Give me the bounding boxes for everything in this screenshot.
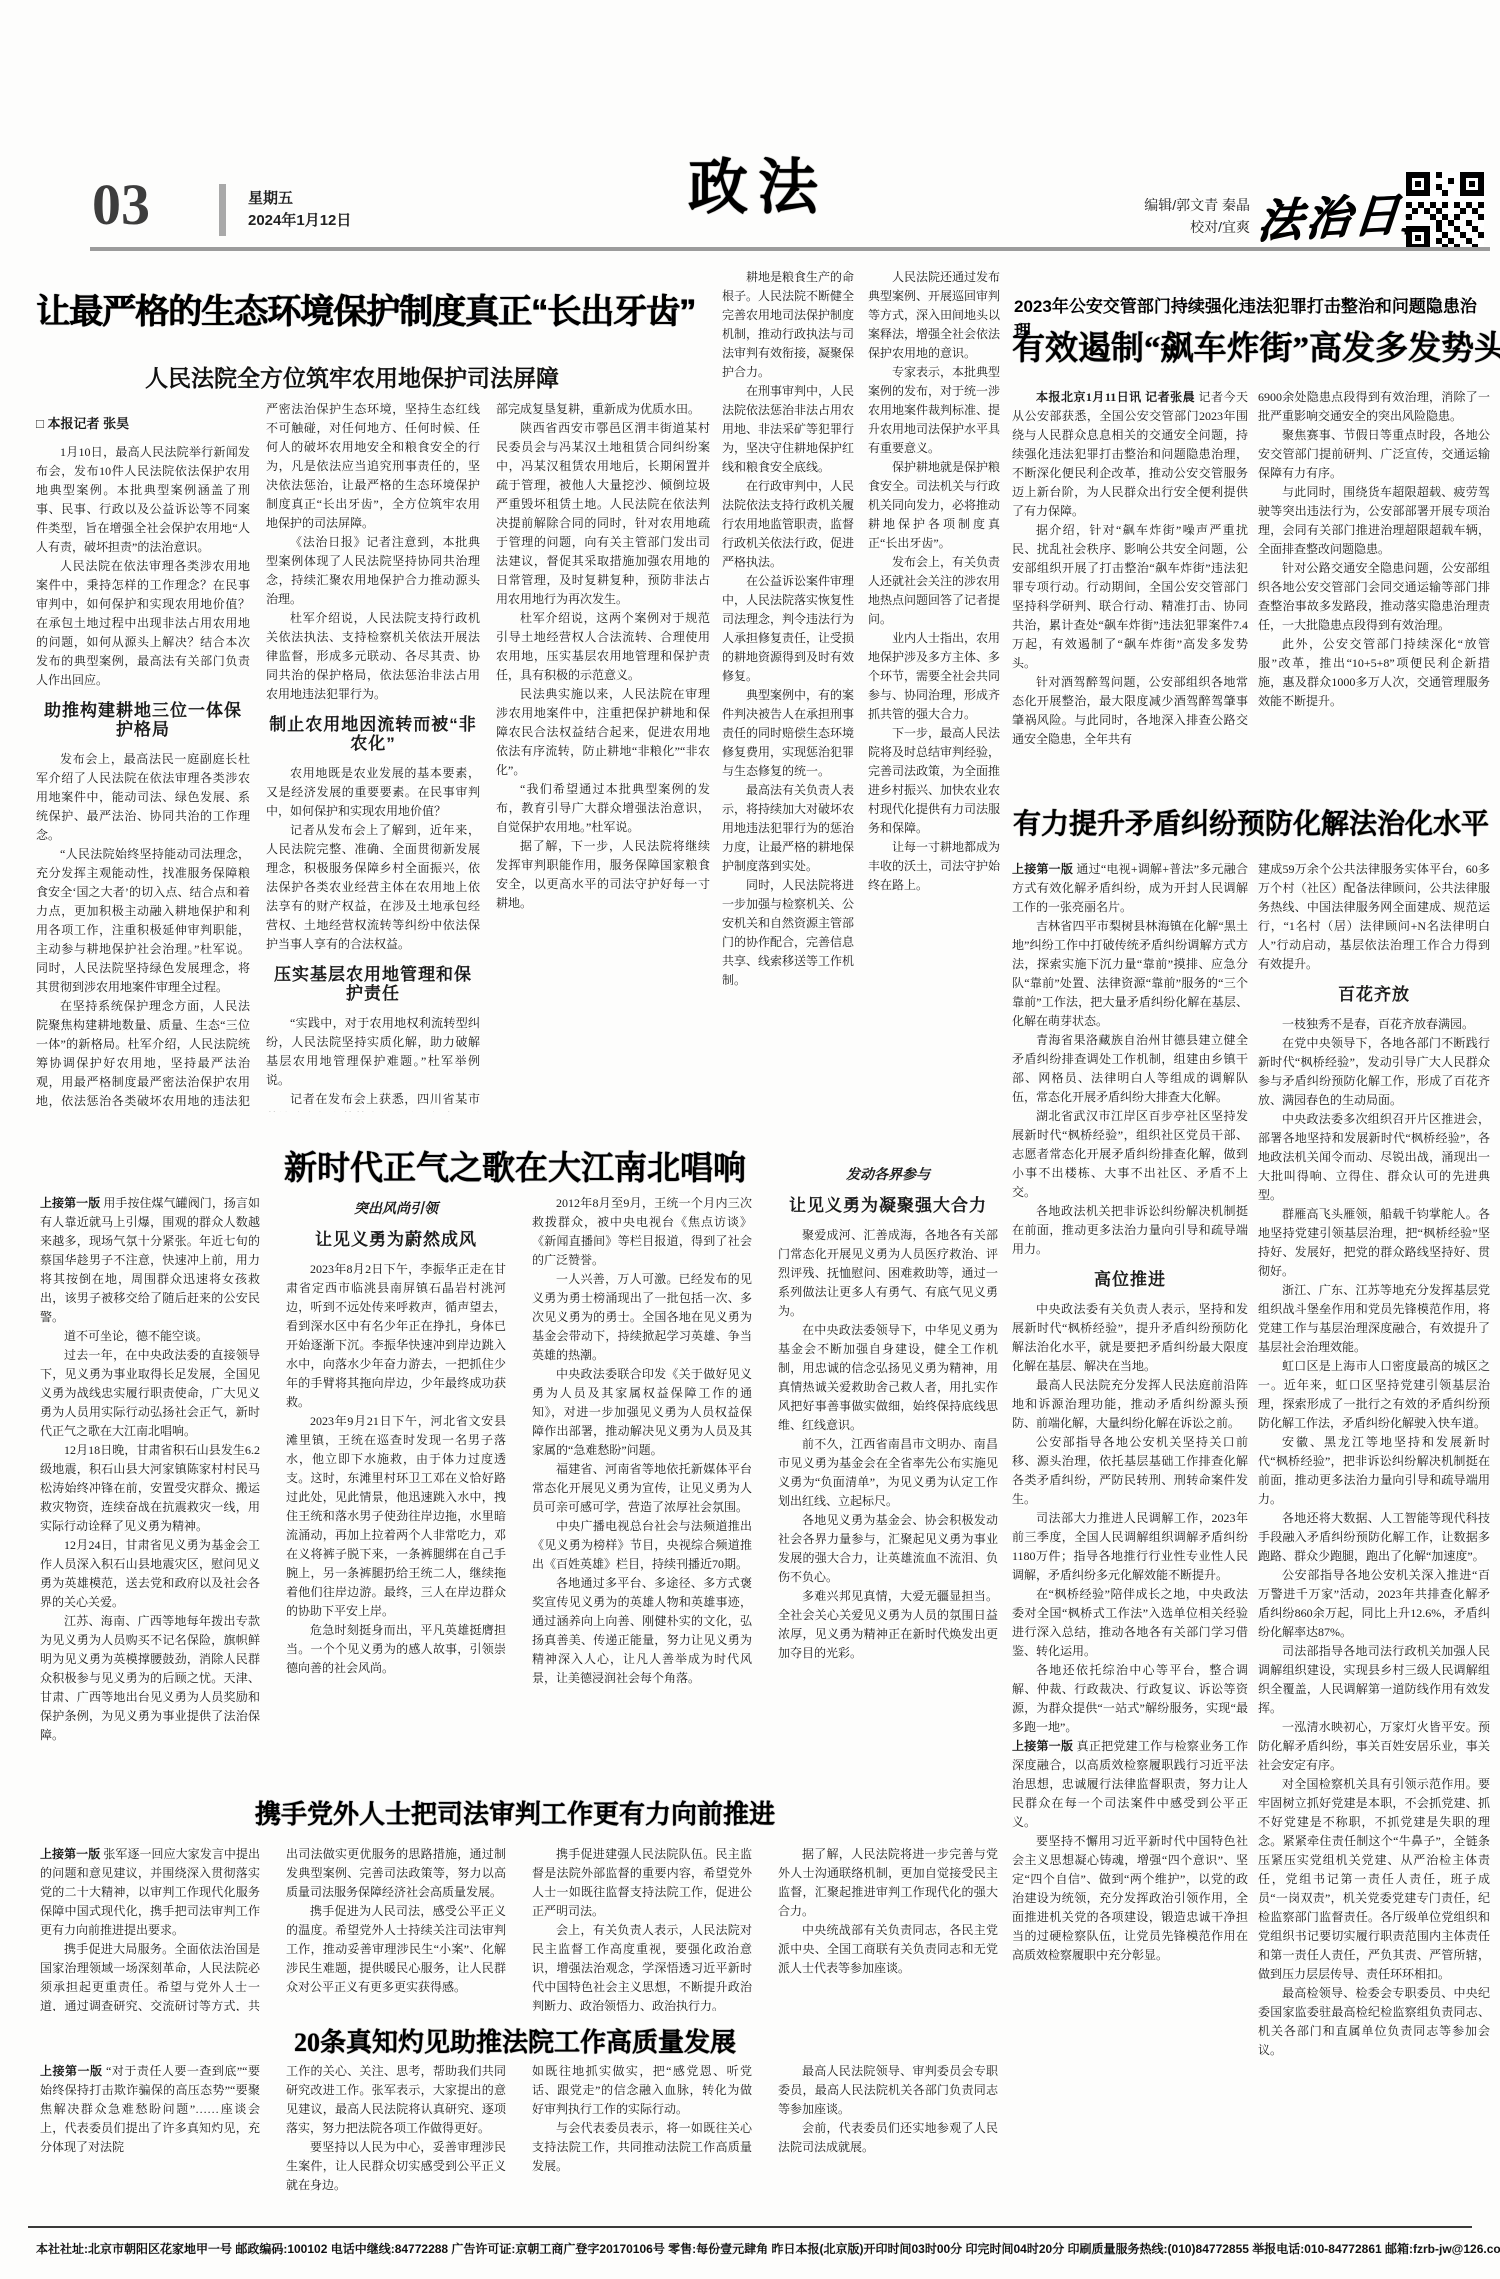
paragraph: 安徽、黑龙江等地坚持和发展新时代“枫桥经验”，把非诉讼纠纷解决机制挺在前面，推动… — [1258, 1433, 1490, 1509]
paragraph: 民法典实施以来，人民法院在审理涉农用地案件中，注重把保护耕地和保障农民合法权益结… — [496, 685, 710, 780]
heroism-column-3: 2012年8月至9月，王统一个月内三次救拨群众，被中央电视台《焦点访谈》《新闻直… — [532, 1194, 752, 1758]
column-subhead: 助推构建耕地三位一体保护格局 — [36, 701, 250, 739]
paragraph: 吉林省四平市梨树县林海镇在化解“黑土地”纠纷工作中打破传统矛盾纠纷调解方式方法，… — [1012, 917, 1248, 1031]
paragraph: 同时，人民法院将进一步加强与检察机关、公安机关和自然资源主管部门的协作配合，完善… — [722, 876, 854, 990]
paragraph: 各地见义勇为基金会、协会积极发动社会各界力量参与，汇聚起见义勇为事业发展的强大合… — [778, 1511, 998, 1587]
racing-column-2: 6900余处隐患点段得到有效治理，消除了一批严重影响交通安全的突出风险隐患。聚焦… — [1258, 388, 1490, 780]
suggestions-column-1: 上接第一版 “对于责任人要一查到底”“要始终保持打击欺诈骗保的高压态势”“要聚焦… — [40, 2062, 260, 2198]
paragraph: 携手促进为人民司法，感受公平正义的温度。希望党外人士持续关注司法审判工作，推动妥… — [286, 1902, 506, 1997]
editor-block: 编辑/郭文青 秦晶 校对/宜爽 — [1040, 194, 1250, 238]
paragraph: 据了解，下一步，人民法院将继续发挥审判职能作用，服务保障国家粮食安全，以更高水平… — [496, 837, 710, 913]
column-kicker-subhead: 发动各界参与 — [778, 1166, 998, 1185]
paragraph: 部完成复垦复耕，重新成为优质水田。 — [496, 400, 710, 419]
editor-line: 编辑/郭文青 秦晶 — [1040, 194, 1250, 216]
lead-label: 上接第一版 — [40, 1847, 100, 1861]
paragraph: “人民法院始终坚持能动司法理念，充分发挥主观能动性，找准服务保障粮食安全‘国之大… — [36, 845, 250, 997]
continued-paragraph: 上接第一版 张军逐一回应大家发言中提出的问题和意见建议，并围绕深入贯彻落实党的二… — [40, 1845, 260, 1940]
date-label: 2024年1月12日 — [248, 210, 351, 232]
united-front-column-3: 携手促进建强人民法院队伍。民主监督是法院外部监督的重要内容，希望党外人士一如既往… — [532, 1845, 752, 2011]
lead-label: 上接第一版 — [40, 1196, 100, 1210]
heroism-column-1: 上接第一版 用手按住煤气罐阀门，扬言如有人靠近就马上引爆，围观的群众人数越来越多… — [40, 1194, 260, 1758]
racing-column-1: 本报北京1月11日讯 记者张晨 记者今天从公安部获悉，全国公安交管部门2023年… — [1012, 388, 1248, 780]
paragraph: 针对公路交通安全隐患问题，公安部组织各地公安交管部门会同交通运输等部门排查整治事… — [1258, 559, 1490, 635]
paragraph: 中央统战部有关负责同志，各民主党派中央、全国工商联有关负责同志和无党派人士代表等… — [778, 1921, 998, 1978]
footer-rule — [28, 2226, 1472, 2228]
paragraph: 据了解，人民法院将进一步完善与党外人士沟通联络机制，更加自觉接受民主监督，汇聚起… — [778, 1845, 998, 1921]
paragraph: 在公益诉讼案件审理中，人民法院落实恢复性司法理念，判令违法行为人承担修复责任，让… — [722, 572, 854, 686]
paragraph: 2023年8月2日下午，李振华正走在甘肃省定西市临洮县南屏镇石晶岩村洮河边，听到… — [286, 1260, 506, 1412]
mediation-column-1: 上接第一版 通过“电视+调解+普法”多元融合方式有效化解矛盾纠纷，成为开封人民调… — [1012, 860, 1248, 2182]
lead-label: 上接第一版 — [1012, 862, 1073, 876]
paragraph: 人民法院在依法审理各类涉农用地案件中，秉持怎样的工作理念？在民事审判中，如何保护… — [36, 557, 250, 690]
paragraph: 本报北京1月11日讯 记者张晨 记者今天从公安部获悉，全国公安交管部门2023年… — [1012, 388, 1248, 521]
continued-paragraph: 上接第一版 “对于责任人要一查到底”“要始终保持打击欺诈骗保的高压态势”“要聚焦… — [40, 2062, 260, 2157]
paragraph: 各地还将大数据、人工智能等现代科技手段融入矛盾纠纷预防化解工作，让数据多跑路、群… — [1258, 1509, 1490, 1566]
paragraph: 在中央政法委领导下，中华见义勇为基金会不断加强自身建设，健全工作机制，用忠诚的信… — [778, 1321, 998, 1435]
paragraph: 与会代表委员表示，将一如既往关心支持法院工作，共同推动法院工作高质量发展。 — [532, 2119, 752, 2176]
paragraph: 过去一年，在中央政法委的直接领导下，见义勇为事业取得长足发展，全国见义勇为战线忠… — [40, 1346, 260, 1441]
paragraph: 会上，有关负责人表示，人民法院对民主监督工作高度重视，要强化政治意识，增强法治观… — [532, 1921, 752, 2011]
heroism-column-4: 发动各界参与让见义勇为凝聚强大合力聚爱成河、汇善成海，各地各有关部门常态化开展见… — [778, 1160, 998, 1758]
paragraph: 司法部大力推进人民调解工作，2023年前三季度，全国人民调解组织调解矛盾纠纷11… — [1012, 1509, 1248, 1585]
paragraph: 虹口区是上海市人口密度最高的城区之一。近年来，虹口区坚持党建引领基层治理，探索形… — [1258, 1357, 1490, 1433]
paragraph: 一泓清水映初心，万家灯火皆平安。预防化解矛盾纠纷，事关百姓安居乐业，事关社会安定… — [1258, 1718, 1490, 1775]
reporter-byline: □ 本报记者 张昊 — [36, 414, 250, 433]
farmland-column-3: 部完成复垦复耕，重新成为优质水田。陕西省西安市鄠邑区渭丰街道某村民委员会与冯某汉… — [496, 400, 710, 1112]
paragraph: 在坚持系统保护理念方面，人民法院聚焦构建耕地数量、质量、生态“三位一体”的新格局… — [36, 997, 250, 1112]
paragraph: 如既往地抓实做实，把“感党恩、听党话、跟党走”的信念融入血脉，转化为做好审判执行… — [532, 2062, 752, 2119]
paragraph: 2012年8月至9月，王统一个月内三次救拨群众，被中央电视台《焦点访谈》《新闻直… — [532, 1194, 752, 1270]
farmland-subtitle: 人民法院全方位筑牢农用地保护司法屏障 — [36, 360, 668, 393]
paragraph: 前不久，江西省南昌市文明办、南昌市见义勇为基金会在全省率先公布实施见义勇为“负面… — [778, 1435, 998, 1511]
mediation-headline: 有力提升矛盾纠纷预防化解法治化水平 — [1012, 802, 1490, 842]
paragraph: 12月24日，甘肃省见义勇为基金会工作人员深入积石山县地震灾区，慰问见义勇为英雄… — [40, 1536, 260, 1612]
paragraph: 最高人民法院充分发挥人民法庭前沿阵地和诉源治理功能，推动矛盾纠纷源头预防、前端化… — [1012, 1376, 1248, 1433]
paragraph: 在刑事审判中，人民法院依法惩治非法占用农用地、非法采矿等犯罪行为，坚决守住耕地保… — [722, 382, 854, 477]
column-subhead: 高位推进 — [1012, 1270, 1248, 1289]
paragraph: 各地通过多平台、多途径、多方式褒奖宣传见义勇为的英雄人物和英雄事迹，通过涵养向上… — [532, 1574, 752, 1688]
paragraph: “我们希望通过本批典型案例的发布，教育引导广大群众增强法治意识，自觉保护农用地。… — [496, 780, 710, 837]
paragraph: 耕地是粮食生产的命根子。人民法院不断健全完善农用地司法保护制度机制，推动行政执法… — [722, 268, 854, 382]
paragraph: 最高检领导、检委会专职委员、中央纪委国家监委驻最高检纪检监察组负责同志、机关各部… — [1258, 1984, 1490, 2060]
paragraph: 12月18日晚，甘肃省积石山县发生6.2级地震，积石山县大河家镇陈家村村民马松涛… — [40, 1441, 260, 1536]
suggestions-headline: 20条真知灼见助推法院工作高质量发展 — [30, 2022, 1000, 2059]
paragraph: 2023年9月21日下午，河北省文安县滩里镇，王统在巡查时发现一名男子落水，他立… — [286, 1412, 506, 1621]
header-rule — [90, 247, 1490, 251]
paragraph: 中央广播电视总台社会与法频道推出《见义勇为榜样》节目，央视综合频道推出《百姓英雄… — [532, 1517, 752, 1574]
paragraph: 出司法做实更优服务的思路措施，通过制发典型案例、完善司法政策等，努力以高质量司法… — [286, 1845, 506, 1902]
suggestions-column-4: 最高人民法院领导、审判委员会专职委员，最高人民法院机关各部门负责同志等参加座谈。… — [778, 2062, 998, 2198]
paragraph: 发布会上，最高法民一庭副庭长杜军介绍了人民法院在依法审理各类涉农用地案件中，能动… — [36, 750, 250, 845]
united-front-headline: 携手党外人士把司法审判工作更有力向前推进 — [30, 1794, 1000, 1831]
united-front-column-4: 据了解，人民法院将进一步完善与党外人士沟通联络机制，更加自觉接受民主监督，汇聚起… — [778, 1845, 998, 2011]
paragraph: 在“枫桥经验”陪伴成长之地，中央政法委对全国“枫桥式工作法”入选单位相关经验进行… — [1012, 1585, 1248, 1661]
paragraph: 据介绍，针对“飙车炸街”噪声严重扰民、扰乱社会秩序、影响公共安全问题，公安部组织… — [1012, 521, 1248, 673]
paragraph: 携手促进建强人民法院队伍。民主监督是法院外部监督的重要内容，希望党外人士一如既往… — [532, 1845, 752, 1921]
paragraph: 此外，公安交管部门持续深化“放管服”改革，推出“10+5+8”项便民利企新措施，… — [1258, 635, 1490, 711]
paragraph: 在党中央领导下，各地各部门不断践行新时代“枫桥经验”，发动引导广大人民群众参与矛… — [1258, 1034, 1490, 1110]
page-number: 03 — [92, 176, 150, 234]
paragraph: 江苏、海南、广西等地每年拨出专款为见义勇为人员购买不记名保险，旗帜鲜明为见义勇为… — [40, 1612, 260, 1745]
paragraph: 会前，代表委员们还实地参观了人民法院司法成就展。 — [778, 2119, 998, 2157]
paragraph: 要坚持不懈用习近平新时代中国特色社会主义思想凝心铸魂，增强“四个意识”、坚定“四… — [1012, 1832, 1248, 1965]
paragraph: 聚爱成河、汇善成海，各地各有关部门常态化开展见义勇为人员医疗救治、评烈评残、抚恤… — [778, 1226, 998, 1321]
paragraph: 多难兴邦见真情，大爱无疆显担当。全社会关心关爱见义勇为人员的氛围日益浓厚，见义勇… — [778, 1587, 998, 1663]
paragraph: 1月10日，最高人民法院举行新闻发布会，发布10件人民法院依法保护农用地典型案例… — [36, 443, 250, 557]
united-front-column-1: 上接第一版 张军逐一回应大家发言中提出的问题和意见建议，并围绕深入贯彻落实党的二… — [40, 1845, 260, 2011]
paragraph: 杜军介绍说，人民法院支持行政机关依法执法、支持检察机关依法开展法律监督，形成多元… — [266, 609, 480, 704]
weekday-label: 星期五 — [248, 188, 351, 210]
proofreader-line: 校对/宜爽 — [1040, 216, 1250, 238]
paragraph: 要坚持以人民为中心，妥善审理涉民生案件，让人民群众切实感受到公平正义就在身边。 — [286, 2138, 506, 2195]
paragraph: 建成59万余个公共法律服务实体平台，60多万个村（社区）配备法律顾问，公共法律服… — [1258, 860, 1490, 974]
paragraph: 青海省果洛藏族自治州甘德县建立健全矛盾纠纷排查调处工作机制，组建由乡镇干部、网格… — [1012, 1031, 1248, 1107]
lead-label: 本报北京1月11日讯 记者张晨 — [1036, 390, 1195, 404]
column-subhead: 压实基层农用地管理和保护责任 — [266, 965, 480, 1003]
paragraph: 针对酒驾醉驾问题，公安部组织各地常态化开展整治，最大限度减少酒驾醉驾肇事肇祸风险… — [1012, 673, 1248, 749]
paragraph: 在行政审判中，人民法院依法支持行政机关履行农用地监管职责，监督行政机关依法行政，… — [722, 477, 854, 572]
farmland-column-1: □ 本报记者 张昊1月10日，最高人民法院举行新闻发布会，发布10件人民法院依法… — [36, 410, 250, 1112]
paragraph: 人民法院还通过发布典型案例、开展巡回审判等方式，深入田间地头以案释法，增强全社会… — [868, 268, 1000, 363]
paragraph: 农用地既是农业发展的基本要素，又是经济发展的重要要素。在民事审判中，如何保护和实… — [266, 764, 480, 821]
column-kicker-subhead: 突出风尚引领 — [286, 1200, 506, 1219]
column-subhead: 百花齐放 — [1258, 985, 1490, 1004]
paragraph: 各地还依托综治中心等平台，整合调解、仲裁、行政裁决、行政复议、诉讼等资源，为群众… — [1012, 1661, 1248, 1737]
farmland-column-5: 人民法院还通过发布典型案例、开展巡回审判等方式，深入田间地头以案释法，增强全社会… — [868, 268, 1000, 1112]
paragraph: 让每一寸耕地都成为丰收的沃土，司法守护始终在路上。 — [868, 838, 1000, 895]
farmland-headline: 让最严格的生态环境保护制度真正“长出牙齿” — [36, 284, 668, 333]
paragraph: 杜军介绍说，这两个案例对于规范引导土地经营权人合法流转、合理使用农用地，压实基层… — [496, 609, 710, 685]
paragraph: 各地政法机关把非诉讼纠纷解决机制挺在前面，推动更多法治力量向引导和疏导端用力。 — [1012, 1202, 1248, 1259]
paragraph: 工作的关心、关注、思考，帮助我们共同研究改进工作。张军表示，大家提出的意见建议，… — [286, 2062, 506, 2138]
heroism-column-2: 突出风尚引领让见义勇为蔚然成风2023年8月2日下午，李振华正走在甘肃省定西市临… — [286, 1194, 506, 1758]
paragraph: “实践中，对于农用地权利流转型纠纷，人民法院坚持实质化解，助力破解基层农用地管理… — [266, 1014, 480, 1090]
farmland-column-2: 严密法治保护生态环境，坚持生态红线不可触碰，对任何地方、任何时候、任何人的破坏农… — [266, 400, 480, 1112]
newspaper-page: 03 星期五 2024年1月12日 政法 编辑/郭文青 秦晶 校对/宜爽 法治日… — [0, 0, 1500, 2279]
continued-paragraph: 上接第一版 通过“电视+调解+普法”多元融合方式有效化解矛盾纠纷，成为开封人民调… — [1012, 860, 1248, 917]
paragraph: 最高法有关负责人表示，将持续加大对破坏农用地违法犯罪行为的惩治力度，让最严格的耕… — [722, 781, 854, 876]
paragraph: 记者从发布会上了解到，近年来，人民法院完整、准确、全面贯彻新发展理念，积极服务保… — [266, 821, 480, 954]
header-divider-bar — [219, 184, 226, 236]
paragraph: 6900余处隐患点段得到有效治理，消除了一批严重影响交通安全的突出风险隐患。 — [1258, 388, 1490, 426]
paragraph: 与此同时，围绕货车超限超载、疲劳驾驶等突出违法行为，公安部部署开展专项治理，会同… — [1258, 483, 1490, 559]
continued-paragraph: 上接第一版 真正把党建工作与检察业务工作深度融合，以高质效检察履职践行习近平法治… — [1012, 1737, 1248, 1832]
paragraph: 陕西省西安市鄠邑区渭丰街道某村民委员会与冯某汉土地租赁合同纠纷案中，冯某汉租赁农… — [496, 419, 710, 609]
paragraph: 一枝独秀不是春，百花齐放春满园。 — [1258, 1015, 1490, 1034]
paragraph: 专家表示，本批典型案例的发布，对于统一涉农用地案件裁判标准、提升农用地司法保护水… — [868, 363, 1000, 458]
racing-headline: 有效遏制“飙车炸街”高发多发势头 — [1012, 322, 1490, 369]
paragraph: 中央政法委多次组织召开片区推进会，部署各地坚持和发展新时代“枫桥经验”，各地政法… — [1258, 1110, 1490, 1205]
paragraph: 一人兴善，万人可激。已经发布的见义勇为勇士榜涌现出了一批包括一次、多次见义勇为的… — [532, 1270, 752, 1365]
continued-paragraph: 上接第一版 用手按住煤气罐阀门，扬言如有人靠近就马上引爆，围观的群众人数越来越多… — [40, 1194, 260, 1327]
farmland-column-4: 耕地是粮食生产的命根子。人民法院不断健全完善农用地司法保护制度机制，推动行政执法… — [722, 268, 854, 1112]
paragraph: 中央政法委有关负责人表示，坚持和发展新时代“枫桥经验”，提升矛盾纠纷预防化解法治… — [1012, 1300, 1248, 1376]
paragraph: 携手促进大局服务。全面依法治国是国家治理领域一场深刻革命，人民法院必须承担起更重… — [40, 1940, 260, 2011]
paragraph: 浙江、广东、江苏等地充分发挥基层党组织战斗堡垒作用和党员先锋模范作用，将党建工作… — [1258, 1281, 1490, 1357]
section-title: 政法 — [688, 158, 828, 218]
paragraph: 群雁高飞头雁领，船载千钧掌舵人。各地坚持党建引领基层治理，把“枫桥经验”坚持好、… — [1258, 1205, 1490, 1281]
paragraph: 严密法治保护生态环境，坚持生态红线不可触碰，对任何地方、任何时候、任何人的破坏农… — [266, 400, 480, 533]
paragraph: 下一步，最高人民法院将及时总结审判经验，完善司法政策，为全面推进乡村振兴、加快农… — [868, 724, 1000, 838]
lead-label: 上接第一版 — [40, 2064, 103, 2078]
paragraph: 保护耕地就是保护粮食安全。司法机关与行政机关同向发力，必将推动耕地保护各项制度真… — [868, 458, 1000, 553]
footer-line: 本社社址:北京市朝阳区花家地甲一号 邮政编码:100102 电话中继线:8477… — [36, 2240, 1476, 2257]
paragraph: 最高人民法院领导、审判委员会专职委员，最高人民法院机关各部门负责同志等参加座谈。 — [778, 2062, 998, 2119]
paragraph: 公安部指导各地公安机关坚持关口前移、源头治理，依托基层基础工作排查化解各类矛盾纠… — [1012, 1433, 1248, 1509]
paragraph: 道不可坐论，德不能空谈。 — [40, 1327, 260, 1346]
paragraph: 中央政法委联合印发《关于做好见义勇为人员及其家属权益保障工作的通知》，对进一步加… — [532, 1365, 752, 1460]
qr-code — [1406, 172, 1484, 250]
paragraph: 典型案例中，有的案件判决被告人在承担刑事责任的同时赔偿生态环境修复费用，实现惩治… — [722, 686, 854, 781]
united-front-column-2: 出司法做实更优服务的思路措施，通过制发典型案例、完善司法政策等，努力以高质量司法… — [286, 1845, 506, 2011]
paragraph: 记者在发布会上获悉，四川省某市某镇政府与李某某农村土地承包合同纠纷案中，涉案20… — [266, 1090, 480, 1112]
mediation-column-2: 建成59万余个公共法律服务实体平台，60多万个村（社区）配备法律顾问，公共法律服… — [1258, 860, 1490, 2182]
paragraph: 湖北省武汉市江岸区百步亭社区坚持发展新时代“枫桥经验”，组织社区党员干部、志愿者… — [1012, 1107, 1248, 1202]
paragraph: 危急时刻挺身而出，平凡英雄挺膺担当。一个个见义勇为的感人故事，引领崇德向善的社会… — [286, 1621, 506, 1678]
paragraph: 发布会上，有关负责人还就社会关注的涉农用地热点问题回答了记者提问。 — [868, 553, 1000, 629]
paragraph: 聚焦赛事、节假日等重点时段，各地公安交管部门提前研判、广泛宣传，交通运输保障有力… — [1258, 426, 1490, 483]
column-subhead: 制止农用地因流转而被“非农化” — [266, 715, 480, 753]
paragraph: 业内人士指出，农用地保护涉及多方主体、多个环节，需要全社会共同参与、协同治理，形… — [868, 629, 1000, 724]
date-block: 星期五 2024年1月12日 — [248, 188, 351, 232]
column-subhead: 让见义勇为蔚然成风 — [286, 1230, 506, 1249]
paragraph: 对全国检察机关具有引领示范作用。要牢固树立抓好党建是本职，不会抓党建、抓不好党建… — [1258, 1775, 1490, 1984]
suggestions-column-2: 工作的关心、关注、思考，帮助我们共同研究改进工作。张军表示，大家提出的意见建议，… — [286, 2062, 506, 2198]
paragraph: 司法部指导各地司法行政机关加强人民调解组织建设，实现县乡村三级人民调解组织全覆盖… — [1258, 1642, 1490, 1718]
paragraph: 《法治日报》记者注意到，本批典型案例体现了人民法院坚持协同共治理念，持续汇聚农用… — [266, 533, 480, 609]
paragraph: 公安部指导各地公安机关深入推进“百万警进千万家”活动，2023年共排查化解矛盾纠… — [1258, 1566, 1490, 1642]
suggestions-column-3: 如既往地抓实做实，把“感党恩、听党话、跟党走”的信念融入血脉，转化为做好审判执行… — [532, 2062, 752, 2198]
column-subhead: 让见义勇为凝聚强大合力 — [778, 1196, 998, 1215]
paragraph: 福建省、河南省等地依托新媒体平台常态化开展见义勇为宣传，让见义勇为人员可亲可感可… — [532, 1460, 752, 1517]
lead-label: 上接第一版 — [1012, 1739, 1073, 1753]
